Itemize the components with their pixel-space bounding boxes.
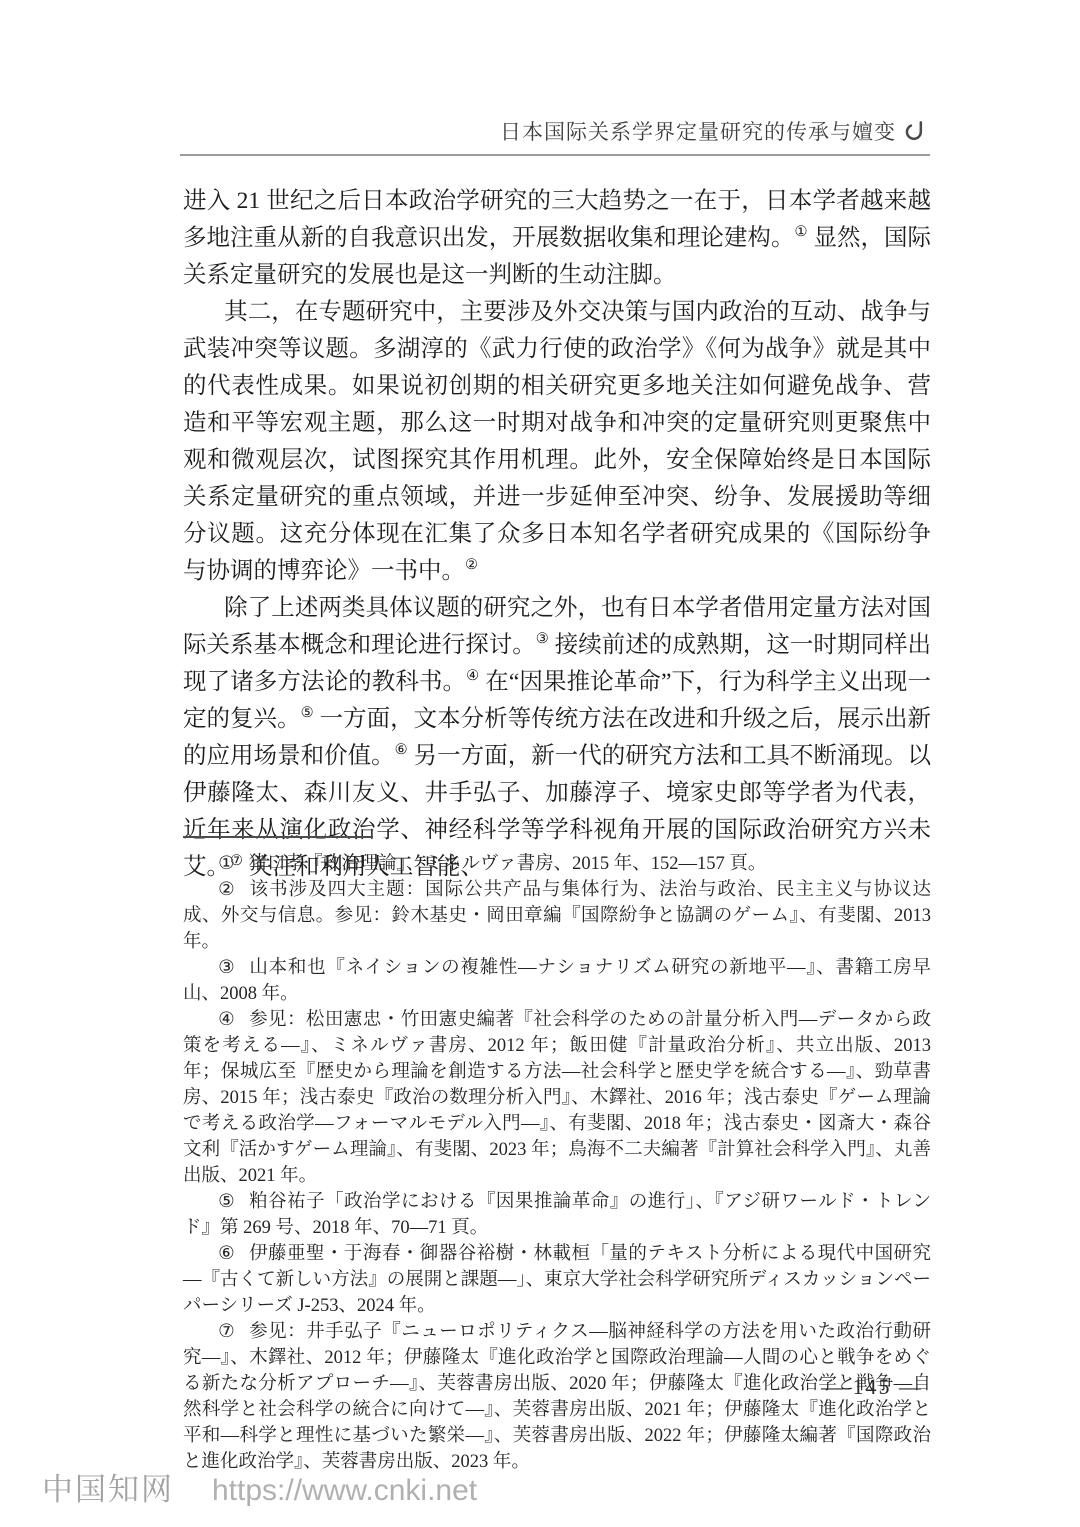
cnki-watermark: 中国知网 https://www.cnki.net <box>42 1464 477 1509</box>
body-paragraph: 其二，在专题研究中，主要涉及外交决策与国内政治的互动、战争与武装冲突等议题。多湖… <box>183 294 931 590</box>
footnote-item: ②该书涉及四大主题：国际公共产品与集体行为、法治与政治、民主主义与协议达成、外交… <box>183 877 931 955</box>
body-paragraph: 进入 21 世纪之后日本政治学研究的三大趋势之一在于，日本学者越来越多地注重从新… <box>183 183 931 294</box>
header-divider <box>180 154 930 156</box>
body-text: 进入 21 世纪之后日本政治学研究的三大趋势之一在于，日本学者越来越多地注重从新… <box>183 183 931 886</box>
footnote-ref: ⑤ <box>301 705 314 721</box>
footnote-marker: ② <box>218 880 236 900</box>
footnote-marker: ① <box>218 854 235 874</box>
footnote-ref: ① <box>794 224 807 240</box>
footnote-ref: ④ <box>466 668 479 684</box>
footnote-item: ①猪口孝『政治理論』、ミネルヴァ書房、2015 年、152—157 頁。 <box>183 851 931 877</box>
footnote-item: ⑤粕谷祐子「政治学における『因果推論革命』の進行」、『アジ研ワールド・トレンド』… <box>183 1189 931 1241</box>
journal-j-logo-icon <box>903 118 930 145</box>
running-title: 日本国际关系学界定量研究的传承与嬗变 <box>500 116 896 146</box>
footnote-marker: ⑤ <box>218 1192 235 1212</box>
cnki-brand: 中国知网 <box>42 1464 174 1509</box>
footnote-item: ③山本和也『ネイションの複雑性―ナショナリズム研究の新地平―』、書籍工房早山、2… <box>183 955 931 1007</box>
footnote-marker: ④ <box>218 1010 235 1030</box>
running-header: 日本国际关系学界定量研究的传承与嬗变 <box>182 116 930 146</box>
body-paragraph: 除了上述两类具体议题的研究之外，也有日本学者借用定量方法对国际关系基本概念和理论… <box>183 590 931 886</box>
footnote-marker: ⑥ <box>218 1244 235 1264</box>
scanned-document-page: { "header": { "running_title": "日本国际关系学界… <box>0 0 1080 1527</box>
page-number: — 145 — <box>183 1374 923 1400</box>
footnote-item: ⑥伊藤亜聖・于海春・御器谷裕樹・林載桓「量的テキスト分析による現代中国研究―『古… <box>183 1241 931 1319</box>
footnote-divider <box>183 836 373 838</box>
footnote-ref: ⑥ <box>395 742 408 758</box>
cnki-url: https://www.cnki.net <box>212 1474 477 1508</box>
footnote-ref: ② <box>465 557 478 573</box>
footnote-item: ④参见：松田憲忠・竹田憲史編著『社会科学のための計量分析入門―データから政策を考… <box>183 1007 931 1189</box>
footnote-ref: ③ <box>536 631 549 647</box>
footnote-marker: ③ <box>218 958 235 978</box>
footnote-marker: ⑦ <box>218 1322 235 1342</box>
